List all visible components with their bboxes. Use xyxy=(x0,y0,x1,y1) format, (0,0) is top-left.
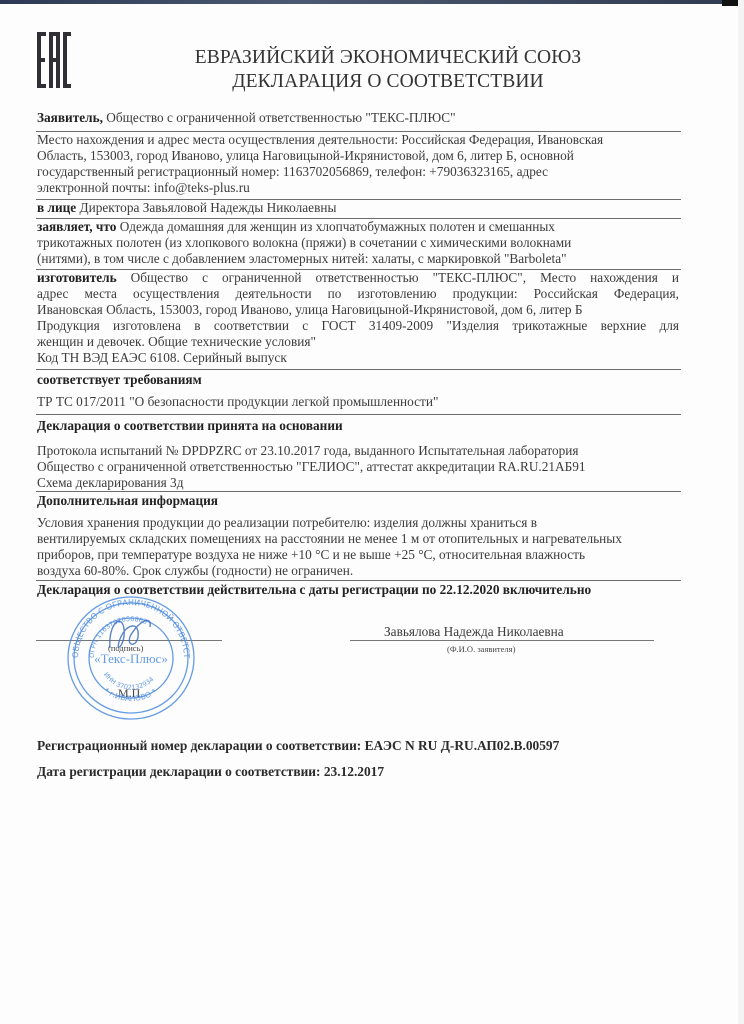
declares-line: трикотажных полотен (из хлопкового волок… xyxy=(37,235,682,251)
applicant-label: Заявитель, xyxy=(37,110,103,125)
stamp-center: «Текс-Плюс» xyxy=(94,651,168,666)
scan-edge xyxy=(0,0,744,4)
requirements-label: соответствует требованиям xyxy=(37,372,682,388)
basis-block: Протокола испытаний № DPDPZRC от 23.10.2… xyxy=(37,443,682,491)
applicant-address: Место нахождения и адрес места осуществл… xyxy=(37,132,682,196)
declares-block: заявляет, что Одежда домашняя для женщин… xyxy=(37,219,682,267)
basis-line: Протокола испытаний № DPDPZRC от 23.10.2… xyxy=(37,443,682,459)
person-label: в лице xyxy=(37,200,76,215)
address-line: электронной почты: info@teks-plus.ru xyxy=(37,180,682,196)
divider xyxy=(36,491,681,492)
manufacturer-line: женщин и девочек. Общие технические усло… xyxy=(37,334,679,350)
basis-line: Общество с ограниченной ответственностью… xyxy=(37,459,682,475)
manufacturer-line: Ивановская Область, 153003, город Иванов… xyxy=(37,302,679,318)
applicant-name: Общество с ограниченной ответственностью… xyxy=(103,110,456,125)
additional-label: Дополнительная информация xyxy=(37,493,682,509)
manufacturer-line: Код ТН ВЭД ЕАЭС 6108. Серийный выпуск xyxy=(37,350,679,366)
person-name: Директора Завьяловой Надежды Николаевны xyxy=(76,200,336,215)
address-line: Место нахождения и адрес места осуществл… xyxy=(37,132,682,148)
basis-line: Схема декларирования 3д xyxy=(37,475,682,491)
manufacturer-line: адрес места осуществления деятельности п… xyxy=(37,286,679,302)
manufacturer-block: изготовитель Общество с ограниченной отв… xyxy=(37,270,679,366)
applicant-person-row: в лице Директора Завьяловой Надежды Нико… xyxy=(37,200,682,216)
manufacturer-line: Продукция изготовлена в соответствии с Г… xyxy=(37,318,679,334)
eac-mark-icon xyxy=(37,32,71,88)
title-declaration: ДЕКЛАРАЦИЯ О СООТВЕТСТВИИ xyxy=(118,70,658,94)
additional-line: вентилируемых складских помещениях на ра… xyxy=(37,531,682,547)
declares-line: Одежда домашняя для женщин из хлопчатобу… xyxy=(116,219,554,234)
declares-label: заявляет, что xyxy=(37,219,116,234)
registration-number: Регистрационный номер декларации о соотв… xyxy=(37,738,559,754)
divider xyxy=(36,414,681,415)
address-line: Область, 153003, город Иваново, улица На… xyxy=(37,148,682,164)
document-title: ЕВРАЗИЙСКИЙ ЭКОНОМИЧЕСКИЙ СОЮЗ ДЕКЛАРАЦИ… xyxy=(118,46,658,94)
basis-label: Декларация о соответствии принята на осн… xyxy=(37,418,682,434)
applicant-row: Заявитель, Общество с ограниченной ответ… xyxy=(37,110,682,126)
signer-name: Завьялова Надежда Николаевна xyxy=(384,624,644,640)
manufacturer-label: изготовитель xyxy=(37,270,117,285)
signer-caption: (Ф.И.О. заявителя) xyxy=(447,644,515,654)
additional-block: Условия хранения продукции до реализации… xyxy=(37,515,682,579)
additional-line: приборов, при температуре воздуха не ниж… xyxy=(37,547,682,563)
divider xyxy=(36,580,681,581)
additional-line: воздуха 60-80%. Срок службы (годности) н… xyxy=(37,563,682,579)
registration-date: Дата регистрации декларации о соответств… xyxy=(37,764,384,780)
additional-line: Условия хранения продукции до реализации… xyxy=(37,515,682,531)
address-line: государственный регистрационный номер: 1… xyxy=(37,164,682,180)
title-union: ЕВРАЗИЙСКИЙ ЭКОНОМИЧЕСКИЙ СОЮЗ xyxy=(118,46,658,70)
company-stamp: ОБЩЕСТВО С ОГРАНИЧЕННОЙ ОТВЕТСТВЕННОСТЬЮ… xyxy=(60,593,202,723)
manufacturer-line: Общество с ограниченной ответственностью… xyxy=(117,270,679,285)
signer-line xyxy=(350,640,654,641)
scan-margin xyxy=(738,0,744,1024)
divider xyxy=(36,369,681,370)
requirements-text: ТР ТС 017/2011 "О безопасности продукции… xyxy=(37,394,682,410)
declares-line: (нитями), в том числе с добавлением элас… xyxy=(37,251,682,267)
